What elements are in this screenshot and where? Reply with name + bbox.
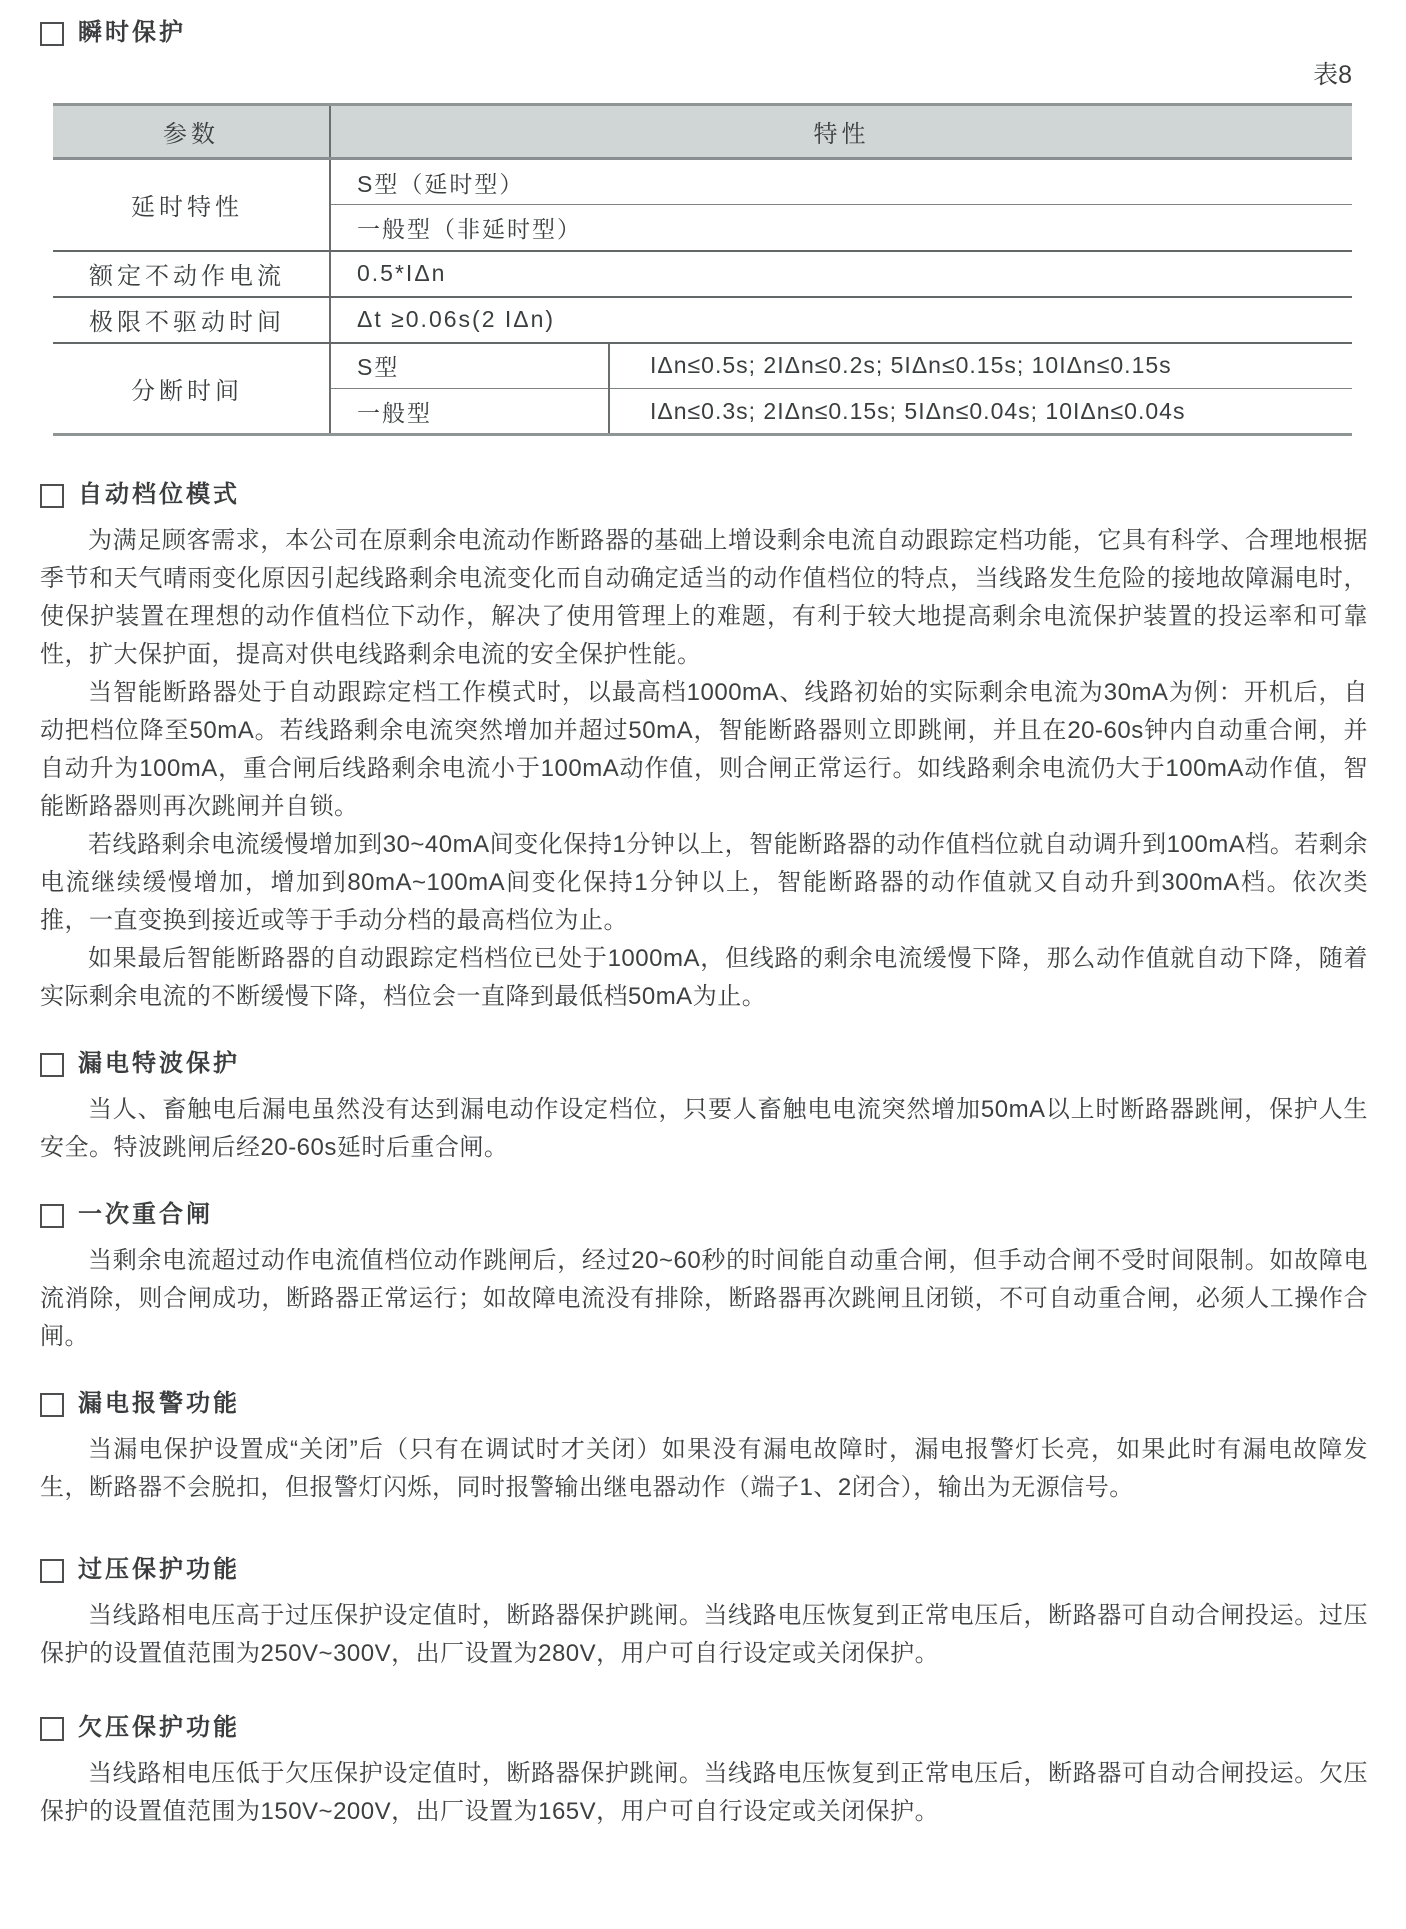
paragraph-auto-gear-3: 若线路剩余电流缓慢增加到30~40mA间变化保持1分钟以上，智能断路器的动作值档… [40,826,1368,940]
paragraph-surge: 当人、畜触电后漏电虽然没有达到漏电动作设定档位，只要人畜触电电流突然增加50mA… [40,1091,1368,1167]
checkbox-square-icon [40,1559,64,1583]
table-row-rated-current: 额定不动作电流 0.5*IΔn [53,251,1352,297]
type-cell-breaking-s: S型 [330,343,609,389]
paragraph-reclose: 当剩余电流超过动作电流值档位动作跳闸后，经过20~60秒的时间能自动重合闸，但手… [40,1242,1368,1356]
paragraph-overvoltage: 当线路相电压高于过压保护设定值时，断路器保护跳闸。当线路电压恢复到正常电压后，断… [40,1597,1368,1673]
section-heading-overvoltage: 过压保护功能 [40,1555,1368,1585]
table-caption: 表8 [53,60,1352,90]
value-cell-breaking-general: IΔn≤0.3s; 2IΔn≤0.15s; 5IΔn≤0.04s; 10IΔn≤… [609,389,1352,435]
value-cell-breaking-s: IΔn≤0.5s; 2IΔn≤0.2s; 5IΔn≤0.15s; 10IΔn≤0… [609,343,1352,389]
paragraph-undervoltage: 当线路相电压低于欠压保护设定值时，断路器保护跳闸。当线路电压恢复到正常电压后，断… [40,1755,1368,1831]
paragraph-alarm: 当漏电保护设置成“关闭”后（只有在调试时才关闭）如果没有漏电故障时，漏电报警灯长… [40,1431,1368,1507]
section-heading-instant: 瞬时保护 [40,18,1368,48]
param-cell-rated: 额定不动作电流 [53,251,330,297]
param-cell-delay: 延时特性 [53,159,330,251]
section-title-undervoltage: 欠压保护功能 [78,1713,240,1743]
checkbox-square-icon [40,1393,64,1417]
value-cell-limit: Δt ≥0.06s(2 IΔn) [330,297,1352,343]
feature-header-cell: 特性 [330,105,1352,159]
instant-protection-table: 参数 特性 延时特性 S型（延时型） 一般型（非延时型） 额定不动作电流 0.5… [53,103,1352,436]
paragraph-auto-gear-4: 如果最后智能断路器的自动跟踪定档档位已处于1000mA，但线路的剩余电流缓慢下降… [40,940,1368,1016]
section-title-instant: 瞬时保护 [78,18,186,48]
type-cell-breaking-general: 一般型 [330,389,609,435]
paragraph-auto-gear-2: 当智能断路器处于自动跟踪定档工作模式时，以最高档1000mA、线路初始的实际剩余… [40,674,1368,826]
section-title-surge: 漏电特波保护 [78,1049,240,1079]
checkbox-square-icon [40,1204,64,1228]
document-page: 瞬时保护 表8 参数 特性 延时特性 S型（延时型） 一般型（非延时型） 额定不… [0,0,1406,1929]
section-title-reclose: 一次重合闸 [78,1200,213,1230]
section-heading-auto-gear: 自动档位模式 [40,480,1368,510]
param-cell-limit: 极限不驱动时间 [53,297,330,343]
table-row-delay-s: 延时特性 S型（延时型） [53,159,1352,205]
param-header-cell: 参数 [53,105,330,159]
value-cell-rated: 0.5*IΔn [330,251,1352,297]
checkbox-square-icon [40,1717,64,1741]
section-heading-undervoltage: 欠压保护功能 [40,1713,1368,1743]
checkbox-square-icon [40,22,64,46]
value-cell-delay-s: S型（延时型） [330,159,1352,205]
section-title-overvoltage: 过压保护功能 [78,1555,240,1585]
table-header-row: 参数 特性 [53,105,1352,159]
checkbox-square-icon [40,484,64,508]
table-row-breaking-s: 分断时间 S型 IΔn≤0.5s; 2IΔn≤0.2s; 5IΔn≤0.15s;… [53,343,1352,389]
paragraph-auto-gear-1: 为满足顾客需求，本公司在原剩余电流动作断路器的基础上增设剩余电流自动跟踪定档功能… [40,522,1368,674]
section-heading-surge: 漏电特波保护 [40,1049,1368,1079]
section-heading-reclose: 一次重合闸 [40,1200,1368,1230]
section-heading-alarm: 漏电报警功能 [40,1389,1368,1419]
param-cell-breaking: 分断时间 [53,343,330,435]
table-row-limit-time: 极限不驱动时间 Δt ≥0.06s(2 IΔn) [53,297,1352,343]
value-cell-delay-general: 一般型（非延时型） [330,205,1352,251]
section-title-alarm: 漏电报警功能 [78,1389,240,1419]
section-title-auto-gear: 自动档位模式 [78,480,240,510]
checkbox-square-icon [40,1053,64,1077]
